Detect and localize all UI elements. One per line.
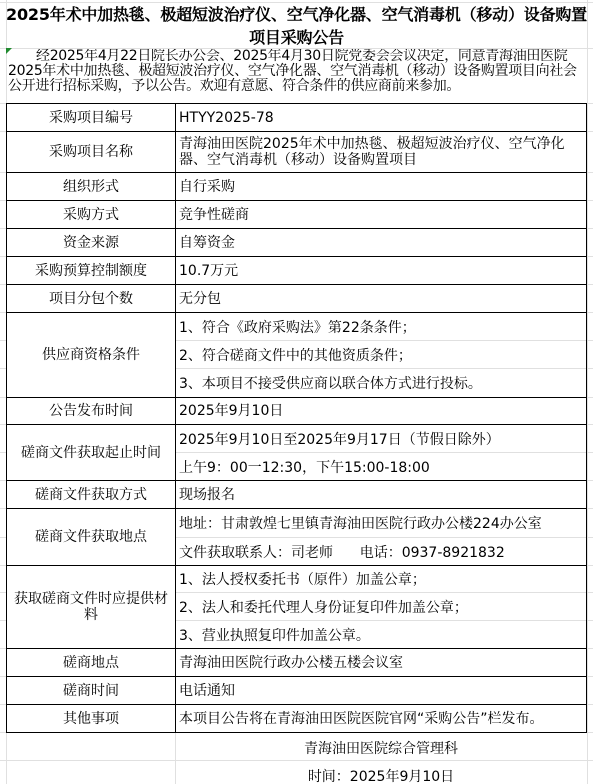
list-item: 文件获取联系人：司老师 电话：0937-8921832 xyxy=(176,538,586,565)
row-label: 资金来源 xyxy=(7,229,176,256)
row-label: 采购项目名称 xyxy=(7,132,176,172)
table-row: 磋商地点 青海油田医院行政办公楼五楼会议室 xyxy=(6,649,587,677)
row-value: 本项目公告将在青海油田医院医院官网“采购公告”栏发布。 xyxy=(176,705,586,732)
row-label: 项目分包个数 xyxy=(7,285,176,312)
row-value: 自筹资金 xyxy=(176,229,586,256)
list-item: 上午9：00一12:30，下午15:00-18:00 xyxy=(176,453,586,480)
row-value: 无分包 xyxy=(176,285,586,312)
row-value-list: 2025年9月10日至2025年9月17日（节假日除外） 上午9：00一12:3… xyxy=(176,425,586,480)
page-title: 2025年术中加热毯、极超短波治疗仪、空气净化器、空气消毒机（移动）设备购置项目… xyxy=(6,3,587,48)
list-item: 3、营业执照复印件加盖公章。 xyxy=(176,621,586,648)
table-row: 采购项目编号 HTYY2025-78 xyxy=(6,104,587,132)
list-item: 2、法人和委托代理人身份证复印件加盖公章； xyxy=(176,593,586,621)
table-row: 采购预算控制额度 10.7万元 xyxy=(6,257,587,285)
table-row: 组织形式 自行采购 xyxy=(6,173,587,201)
table-row: 采购方式 竞争性磋商 xyxy=(6,201,587,229)
row-label: 获取磋商文件时应提供材料 xyxy=(7,566,176,648)
table-row: 磋商文件获取地点 地址：甘肃敦煌七里镇青海油田医院行政办公楼224办公室 文件获… xyxy=(6,509,587,566)
row-label: 其他事项 xyxy=(7,705,176,732)
row-value-list: 地址：甘肃敦煌七里镇青海油田医院行政办公楼224办公室 文件获取联系人：司老师 … xyxy=(176,509,586,565)
row-value: 青海油田医院2025年术中加热毯、极超短波治疗仪、空气净化器、空气消毒机（移动）… xyxy=(176,132,586,172)
list-item: 1、符合《政府采购法》第22条条件； xyxy=(176,313,586,341)
table-row: 磋商文件获取起止时间 2025年9月10日至2025年9月17日（节假日除外） … xyxy=(6,425,587,481)
row-label: 采购预算控制额度 xyxy=(7,257,176,284)
table-row: 资金来源 自筹资金 xyxy=(6,229,587,257)
row-label: 公告发布时间 xyxy=(7,398,176,424)
table-row: 公告发布时间 2025年9月10日 xyxy=(6,398,587,425)
list-item: 2、符合磋商文件中的其他资质条件； xyxy=(176,341,586,369)
table-row: 采购项目名称 青海油田医院2025年术中加热毯、极超短波治疗仪、空气净化器、空气… xyxy=(6,132,587,173)
row-value-list: 1、符合《政府采购法》第22条条件； 2、符合磋商文件中的其他资质条件； 3、本… xyxy=(176,313,586,397)
list-item: 地址：甘肃敦煌七里镇青海油田医院行政办公楼224办公室 xyxy=(176,509,586,538)
footer-organization: 青海油田医院综合管理科 xyxy=(175,738,587,758)
table-row: 供应商资格条件 1、符合《政府采购法》第22条条件； 2、符合磋商文件中的其他资… xyxy=(6,313,587,398)
row-value-list: 1、法人授权委托书（原件）加盖公章； 2、法人和委托代理人身份证复印件加盖公章；… xyxy=(176,566,586,648)
table-row: 其他事项 本项目公告将在青海油田医院医院官网“采购公告”栏发布。 xyxy=(6,705,587,733)
row-label: 采购项目编号 xyxy=(7,104,176,131)
row-value: 现场报名 xyxy=(176,481,586,508)
row-label: 供应商资格条件 xyxy=(7,313,176,397)
row-value: 自行采购 xyxy=(176,173,586,200)
row-value: 2025年9月10日 xyxy=(176,398,586,424)
list-item: 1、法人授权委托书（原件）加盖公章； xyxy=(176,566,586,593)
row-label: 磋商文件获取方式 xyxy=(7,481,176,508)
row-value: 10.7万元 xyxy=(176,257,586,284)
row-label: 组织形式 xyxy=(7,173,176,200)
cell-indicator-icon xyxy=(6,48,12,54)
intro-paragraph: 经2025年4月22日院长办公会、2025年4月30日院党委会会议决定，同意青海… xyxy=(6,49,586,103)
footer-date: 时间：2025年9月10日 xyxy=(175,766,587,784)
row-label: 磋商地点 xyxy=(7,649,176,676)
row-label: 磋商文件获取起止时间 xyxy=(7,425,176,480)
row-value: 青海油田医院行政办公楼五楼会议室 xyxy=(176,649,586,676)
table-row: 项目分包个数 无分包 xyxy=(6,285,587,313)
row-label: 采购方式 xyxy=(7,201,176,228)
row-label: 磋商时间 xyxy=(7,677,176,704)
row-value: HTYY2025-78 xyxy=(176,104,586,131)
table-row: 获取磋商文件时应提供材料 1、法人授权委托书（原件）加盖公章； 2、法人和委托代… xyxy=(6,566,587,649)
row-value: 电话通知 xyxy=(176,677,586,704)
row-value: 竞争性磋商 xyxy=(176,201,586,228)
list-item: 3、本项目不接受供应商以联合体方式进行投标。 xyxy=(176,369,586,397)
table-row: 磋商文件获取方式 现场报名 xyxy=(6,481,587,509)
list-item: 2025年9月10日至2025年9月17日（节假日除外） xyxy=(176,425,586,453)
procurement-info-table: 采购项目编号 HTYY2025-78 采购项目名称 青海油田医院2025年术中加… xyxy=(6,103,587,733)
table-row: 磋商时间 电话通知 xyxy=(6,677,587,705)
row-label: 磋商文件获取地点 xyxy=(7,509,176,565)
